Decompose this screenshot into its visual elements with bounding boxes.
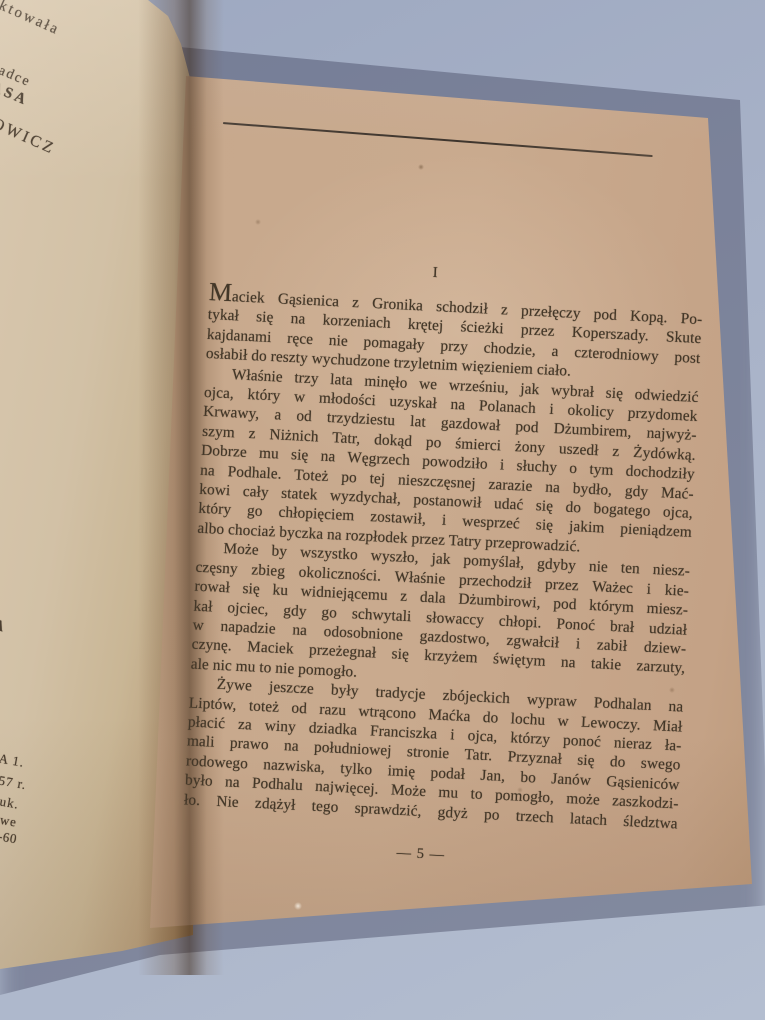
open-book-photo: ektowała ładce ASA OWICZ A . A 1. I 57 r…	[0, 0, 765, 1020]
left-page-text-fragment: OWICZ	[0, 115, 58, 159]
left-page-colophon-fragment: kowe	[0, 809, 18, 830]
left-page-colophon-fragment: . A 1.	[0, 749, 26, 771]
left-page-text-fragment: A	[0, 617, 6, 637]
left-page-text-fragment: ektowała	[0, 0, 62, 39]
paragraph-body: Żywe jeszcze były tradycje zbójeckich wy…	[184, 674, 684, 834]
page-text-block: I Maciek Gąsienica z Gronika schodził z …	[182, 251, 705, 877]
left-page-text-fragment: ładce	[0, 61, 33, 91]
drop-cap-initial: M	[208, 277, 233, 307]
left-page-colophon-fragment: druk.	[0, 791, 20, 812]
paragraph: Może by wszystko wyszło, jak pomyślał, g…	[190, 538, 690, 698]
left-page-text-fragment: ASA	[0, 79, 31, 110]
paragraph-body: Właśnie trzy lata minęło we wrześniu, ja…	[198, 363, 699, 542]
paragraph: Żywe jeszcze były tradycje zbójeckich wy…	[184, 674, 684, 834]
left-page-colophon-fragment: I 57 r.	[0, 771, 28, 793]
paragraph: Właśnie trzy lata minęło we wrześniu, ja…	[197, 363, 699, 562]
left-page-colophon-fragment: B-60	[0, 827, 18, 848]
